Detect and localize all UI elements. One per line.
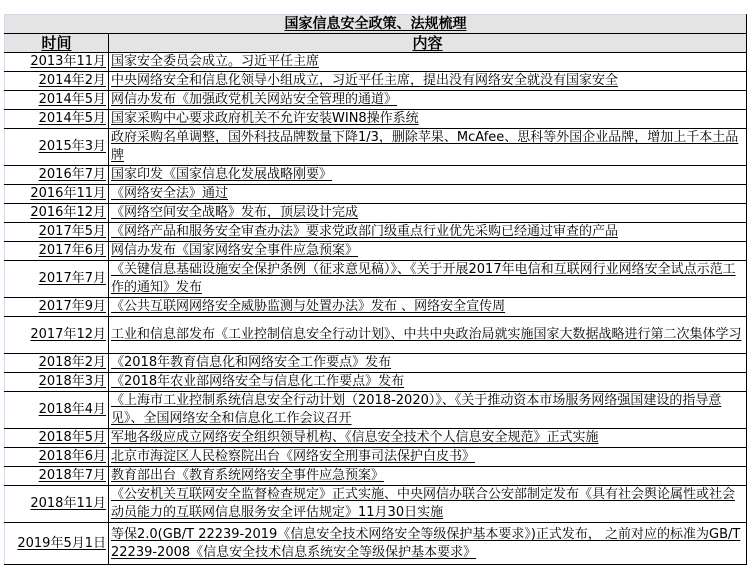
cell-time[interactable]: 2014年2月	[5, 72, 109, 91]
cell-time[interactable]: 2018年4月	[5, 392, 109, 429]
cell-content[interactable]: 国家采购中心要求政府机关不允许安装WIN8操作系统	[109, 110, 747, 129]
column-header-time[interactable]: 时间	[5, 34, 109, 53]
cell-content[interactable]: 《2018年教育信息化和网络安全工作要点》发布	[109, 354, 747, 373]
table-row: 2017年7月《关键信息基础设施安全保护条例（征求意见稿）》、《关于开展2017…	[5, 261, 747, 298]
column-header-content[interactable]: 内容	[109, 34, 747, 53]
table-row: 2014年2月中央网络安全和信息化领导小组成立，习近平任主席，提出没有网络安全就…	[5, 72, 747, 91]
table-row: 2014年5月国家采购中心要求政府机关不允许安装WIN8操作系统	[5, 110, 747, 129]
cell-time[interactable]: 2017年5月	[5, 223, 109, 242]
cell-content[interactable]: 《网络安全法》通过	[109, 185, 747, 204]
cell-time[interactable]: 2017年9月	[5, 298, 109, 317]
cell-time[interactable]: 2018年5月	[5, 429, 109, 448]
cell-content[interactable]: 教育部出台《教育系统网络安全事件应急预案》	[109, 467, 747, 486]
cell-content[interactable]: 工业和信息部发布《工业控制信息安全行动计划》、中共中央政治局就实施国家大数据战略…	[109, 317, 747, 354]
cell-content[interactable]: 政府采购名单调整，国外科技品牌数量下降1/3，删除苹果、McAfee、思科等外国…	[109, 129, 747, 166]
cell-content[interactable]: 《网络产品和服务安全审查办法》要求党政部门级重点行业优先采购已经通过审查的产品	[109, 223, 747, 242]
cell-content[interactable]: 北京市海淀区人民检察院出台《网络安全刑事司法保护白皮书》	[109, 448, 747, 467]
table-row: 2018年4月《上海市工业控制系统信息安全行动计划（2018-2020）》、《关…	[5, 392, 747, 429]
table-row: 2017年6月网信办发布《国家网络安全事件应急预案》	[5, 242, 747, 261]
cell-time[interactable]: 2018年3月	[5, 373, 109, 392]
cell-time[interactable]: 2014年5月	[5, 91, 109, 110]
table-row: 2014年5月网信办发布《加强政党机关网站安全管理的通道》	[5, 91, 747, 110]
cell-content[interactable]: 《关键信息基础设施安全保护条例（征求意见稿）》、《关于开展2017年电信和互联网…	[109, 261, 747, 298]
cell-time[interactable]: 2016年12月	[5, 204, 109, 223]
table-row: 2013年11月国家安全委员会成立。习近平任主席	[5, 53, 747, 72]
cell-content[interactable]: 网信办发布《加强政党机关网站安全管理的通道》	[109, 91, 747, 110]
cell-content[interactable]: 《上海市工业控制系统信息安全行动计划（2018-2020）》、《关于推动资本市场…	[109, 392, 747, 429]
cell-content[interactable]: 等保2.0(GB/T 22239-2019《信息安全技术网络安全等级保护基本要求…	[109, 523, 747, 565]
table-row: 2015年3月政府采购名单调整，国外科技品牌数量下降1/3，删除苹果、McAfe…	[5, 129, 747, 166]
table-title[interactable]: 国家信息安全政策、法规梳理	[5, 15, 747, 34]
cell-time[interactable]: 2017年7月	[5, 261, 109, 298]
table-row: 2017年9月《公共互联网网络安全威胁监测与处置办法》发布 、网络安全宣传周	[5, 298, 747, 317]
table-row: 2018年2月《2018年教育信息化和网络安全工作要点》发布	[5, 354, 747, 373]
table-row: 2018年11月《公安机关互联网安全监督检查规定》正式实施、中央网信办联合公安部…	[5, 486, 747, 523]
cell-time[interactable]: 2014年5月	[5, 110, 109, 129]
cell-content[interactable]: 中央网络安全和信息化领导小组成立，习近平任主席，提出没有网络安全就没有国家安全	[109, 72, 747, 91]
cell-time[interactable]: 2018年11月	[5, 486, 109, 523]
cell-content[interactable]: 《2018年农业部网络安全与信息化工作要点》发布	[109, 373, 747, 392]
cell-content[interactable]: 军地各级应成立网络安全组织领导机构、《信息安全技术个人信息安全规范》正式实施	[109, 429, 747, 448]
cell-content[interactable]: 国家印发《国家信息化发展战略刚要》	[109, 166, 747, 185]
cell-time[interactable]: 2013年11月	[5, 53, 109, 72]
table-row: 2018年5月军地各级应成立网络安全组织领导机构、《信息安全技术个人信息安全规范…	[5, 429, 747, 448]
table-row: 2017年5月《网络产品和服务安全审查办法》要求党政部门级重点行业优先采购已经通…	[5, 223, 747, 242]
table-row: 2017年12月工业和信息部发布《工业控制信息安全行动计划》、中共中央政治局就实…	[5, 317, 747, 354]
table-row: 2018年6月北京市海淀区人民检察院出台《网络安全刑事司法保护白皮书》	[5, 448, 747, 467]
cell-content[interactable]: 《公共互联网网络安全威胁监测与处置办法》发布 、网络安全宣传周	[109, 298, 747, 317]
table-row: 2016年11月《网络安全法》通过	[5, 185, 747, 204]
cell-time[interactable]: 2018年7月	[5, 467, 109, 486]
cell-time[interactable]: 2017年6月	[5, 242, 109, 261]
table-row: 2016年12月《网络空间安全战略》发布，顶层设计完成	[5, 204, 747, 223]
cell-time[interactable]: 2019年5月1日	[5, 523, 109, 565]
cell-time[interactable]: 2018年6月	[5, 448, 109, 467]
cell-time[interactable]: 2016年7月	[5, 166, 109, 185]
table-body: 2013年11月国家安全委员会成立。习近平任主席2014年2月中央网络安全和信息…	[5, 53, 747, 565]
cell-content[interactable]: 国家安全委员会成立。习近平任主席	[109, 53, 747, 72]
policy-table-sheet: 国家信息安全政策、法规梳理 时间 内容 2013年11月国家安全委员会成立。习近…	[4, 14, 746, 565]
column-header-row: 时间 内容	[5, 34, 747, 53]
table-row: 2016年7月国家印发《国家信息化发展战略刚要》	[5, 166, 747, 185]
cell-time[interactable]: 2016年11月	[5, 185, 109, 204]
table-row: 2019年5月1日等保2.0(GB/T 22239-2019《信息安全技术网络安…	[5, 523, 747, 565]
cell-content[interactable]: 《网络空间安全战略》发布，顶层设计完成	[109, 204, 747, 223]
cell-time[interactable]: 2018年2月	[5, 354, 109, 373]
table-title-row: 国家信息安全政策、法规梳理	[5, 15, 747, 34]
cell-time[interactable]: 2017年12月	[5, 317, 109, 354]
cell-content[interactable]: 网信办发布《国家网络安全事件应急预案》	[109, 242, 747, 261]
cell-content[interactable]: 《公安机关互联网安全监督检查规定》正式实施、中央网信办联合公安部制定发布《具有社…	[109, 486, 747, 523]
policy-table: 国家信息安全政策、法规梳理 时间 内容 2013年11月国家安全委员会成立。习近…	[4, 14, 747, 565]
table-row: 2018年3月《2018年农业部网络安全与信息化工作要点》发布	[5, 373, 747, 392]
table-row: 2018年7月教育部出台《教育系统网络安全事件应急预案》	[5, 467, 747, 486]
cell-time[interactable]: 2015年3月	[5, 129, 109, 166]
